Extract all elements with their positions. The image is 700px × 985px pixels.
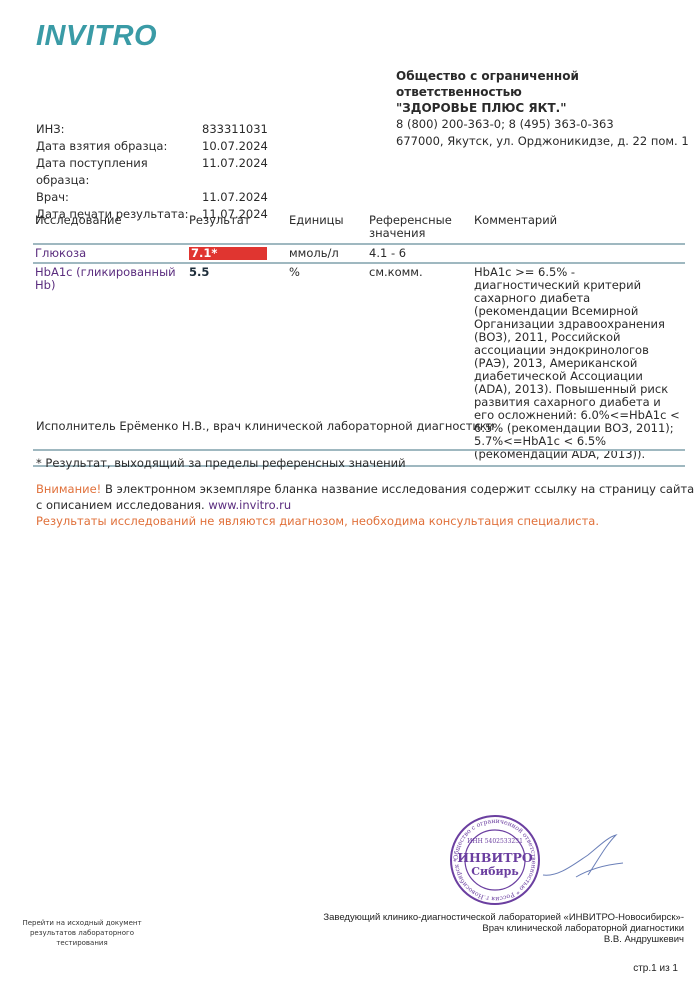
header-units: Единицы (287, 212, 367, 244)
warning-text: В электронном экземпляре бланка название… (36, 482, 694, 512)
result-cell: 7.1* (187, 244, 287, 263)
header-reference: Референсные значения (367, 212, 472, 244)
organization-address: 677000, Якутск, ул. Орджоникидзе, д. 22 … (396, 133, 700, 150)
reference-cell: 4.1 - 6 (367, 244, 472, 263)
reference-cell: см.комм. (367, 263, 472, 466)
meta-value: 10.07.2024 (202, 138, 268, 155)
header-test: Исследование (33, 212, 187, 244)
footnote: * Результат, выходящий за пределы рефере… (36, 456, 406, 470)
signature-line2: Врач клинической лабораторной диагностик… (323, 923, 684, 934)
warning-block: Внимание! В электронном экземпляре бланк… (36, 481, 696, 529)
stamp-center-1: ИНВИТРО (457, 850, 533, 865)
result-cell: 5.5 (187, 263, 287, 466)
comment-cell (472, 244, 685, 263)
invitro-logo: INVITRO (36, 20, 157, 53)
signature-icon (543, 835, 623, 877)
header-comment: Комментарий (472, 212, 685, 244)
meta-label: Врач: (36, 189, 202, 206)
signature-block: Заведующий клинико-диагностической лабор… (323, 912, 684, 945)
stamp-inn: ИНН 5402533231 (467, 838, 523, 845)
table-header: Исследование Результат Единицы Референсн… (33, 212, 685, 244)
executor: Исполнитель Ерёменко Н.В., врач клиничес… (36, 419, 494, 433)
test-link-hba1c[interactable]: HbA1c (гликированный Hb) (33, 263, 187, 466)
meta-value: 833311031 (202, 121, 268, 138)
comment-cell: HbA1c >= 6.5% - диагностический критерий… (472, 263, 685, 466)
warning-prefix: Внимание! (36, 482, 101, 496)
stamp: Общество с ограниченной ответственностью… (448, 815, 638, 909)
units-cell: % (287, 263, 367, 466)
organization-phones: 8 (800) 200-363-0; 8 (495) 363-0-363 (396, 116, 700, 133)
header-result: Результат (187, 212, 287, 244)
signature-line3: В.В. Андрушкевич (323, 934, 684, 945)
divider (33, 449, 685, 451)
organization-name-2: "ЗДОРОВЬЕ ПЛЮС ЯКТ." (396, 100, 700, 116)
disclaimer: Результаты исследований не являются диаг… (36, 513, 696, 529)
meta-row-sample-date: Дата взятия образца:10.07.2024 (36, 138, 268, 155)
meta-label: ИНЗ: (36, 121, 202, 138)
meta-row-received-date: Дата поступления образца:11.07.2024 (36, 155, 268, 189)
units-cell: ммоль/л (287, 244, 367, 263)
meta-value: 11.07.2024 (202, 155, 268, 189)
test-link-glucose[interactable]: Глюкоза (33, 244, 187, 263)
signature-line1: Заведующий клинико-диагностической лабор… (323, 912, 684, 923)
meta-row-doctor: Врач:11.07.2024 (36, 189, 268, 206)
sample-info: ИНЗ:833311031 Дата взятия образца:10.07.… (36, 121, 268, 223)
organization-name: Общество с ограниченной ответственностью (396, 68, 700, 100)
invitro-link[interactable]: www.invitro.ru (208, 498, 291, 512)
meta-label: Дата поступления образца: (36, 155, 202, 189)
page-number: стр.1 из 1 (633, 963, 678, 974)
meta-value: 11.07.2024 (202, 189, 268, 206)
table-row: HbA1c (гликированный Hb) 5.5 % см.комм. … (33, 263, 685, 466)
meta-row-inz: ИНЗ:833311031 (36, 121, 268, 138)
out-of-range-result: 7.1* (189, 247, 267, 260)
stamp-icon: Общество с ограниченной ответственностью… (448, 815, 638, 905)
table-row: Глюкоза 7.1* ммоль/л 4.1 - 6 (33, 244, 685, 263)
goto-original-link[interactable]: Перейти на исходный документ результатов… (22, 918, 142, 948)
organization-block: Общество с ограниченной ответственностью… (396, 68, 700, 150)
result-value: 5.5 (189, 265, 209, 279)
meta-label: Дата взятия образца: (36, 138, 202, 155)
stamp-center-2: Сибирь (471, 865, 519, 878)
